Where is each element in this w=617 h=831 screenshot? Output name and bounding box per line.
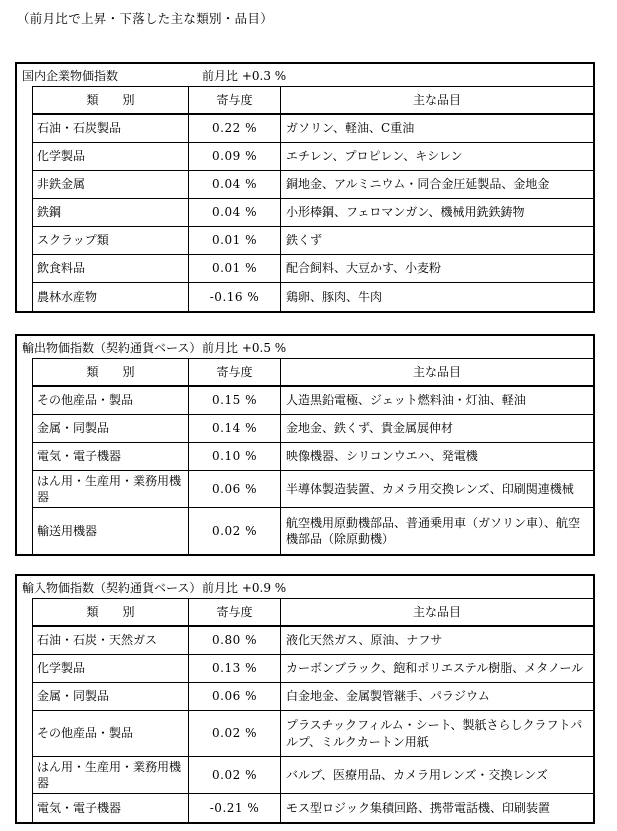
index-name: 国内企業物価指数 bbox=[22, 67, 202, 84]
table-row: 化学製品 0.13 % カーボンブラック、飽和ポリエステル樹脂、メタノール bbox=[33, 655, 593, 683]
contribution-cell: 0.02 % bbox=[189, 508, 281, 554]
category-cell: その他産品・製品 bbox=[33, 387, 189, 414]
table-row: 電気・電子機器 0.10 % 映像機器、シリコンウエハ、発電機 bbox=[33, 443, 593, 471]
table-row: 電気・電子機器 -0.21 % モス型ロジック集積回路、携帯電話機、印刷装置 bbox=[33, 794, 593, 822]
table-title: 輸入物価指数（契約通貨ベース） 前月比 +0.9 % bbox=[17, 576, 593, 598]
column-header-contribution: 寄与度 bbox=[189, 87, 281, 113]
category-cell: 石油・石炭製品 bbox=[33, 115, 189, 142]
price-table-import: 輸入物価指数（契約通貨ベース） 前月比 +0.9 % 類 別 寄与度 主な品目 … bbox=[15, 574, 595, 824]
table-row: 金属・同製品 0.06 % 白金地金、金属製管継手、パラジウム bbox=[33, 683, 593, 711]
contribution-cell: 0.80 % bbox=[189, 627, 281, 654]
contribution-cell: 0.15 % bbox=[189, 387, 281, 414]
header-row: 類 別 寄与度 主な品目 bbox=[33, 87, 593, 115]
inner-table: 類 別 寄与度 主な品目 石油・石炭製品 0.22 % ガソリン、軽油、C重油 … bbox=[32, 86, 593, 311]
column-header-category: 類 別 bbox=[33, 599, 189, 625]
items-cell: モス型ロジック集積回路、携帯電話機、印刷装置 bbox=[281, 794, 593, 822]
items-cell: 航空機用原動機部品、普通乗用車（ガソリン車）、航空機部品（除原動機） bbox=[281, 508, 593, 554]
month-over-month-change: 前月比 +0.3 % bbox=[202, 67, 286, 84]
contribution-cell: 0.10 % bbox=[189, 443, 281, 470]
table-row: はん用・生産用・業務用機器 0.02 % バルブ、医療用品、カメラ用レンズ・交換… bbox=[33, 757, 593, 794]
month-over-month-change: 前月比 +0.5 % bbox=[202, 339, 286, 356]
items-cell: 配合飼料、大豆かす、小麦粉 bbox=[281, 255, 593, 282]
contribution-cell: 0.01 % bbox=[189, 255, 281, 282]
contribution-cell: 0.13 % bbox=[189, 655, 281, 682]
contribution-cell: 0.02 % bbox=[189, 757, 281, 793]
category-cell: 鉄鋼 bbox=[33, 199, 189, 226]
category-cell: 非鉄金属 bbox=[33, 171, 189, 198]
table-row: 農林水産物 -0.16 % 鶏卵、豚肉、牛肉 bbox=[33, 283, 593, 311]
items-cell: 金地金、鉄くず、貴金属展伸材 bbox=[281, 415, 593, 442]
category-cell: 飲食料品 bbox=[33, 255, 189, 282]
header-row: 類 別 寄与度 主な品目 bbox=[33, 359, 593, 387]
column-header-category: 類 別 bbox=[33, 87, 189, 113]
category-cell: 電気・電子機器 bbox=[33, 443, 189, 470]
items-cell: バルブ、医療用品、カメラ用レンズ・交換レンズ bbox=[281, 757, 593, 793]
table-row: はん用・生産用・業務用機器 0.06 % 半導体製造装置、カメラ用交換レンズ、印… bbox=[33, 471, 593, 508]
price-table-export: 輸出物価指数（契約通貨ベース） 前月比 +0.5 % 類 別 寄与度 主な品目 … bbox=[15, 334, 595, 556]
table-row: 化学製品 0.09 % エチレン、プロピレン、キシレン bbox=[33, 143, 593, 171]
category-cell: 化学製品 bbox=[33, 655, 189, 682]
header-row: 類 別 寄与度 主な品目 bbox=[33, 599, 593, 627]
category-cell: はん用・生産用・業務用機器 bbox=[33, 471, 189, 507]
contribution-cell: 0.09 % bbox=[189, 143, 281, 170]
column-header-items: 主な品目 bbox=[281, 359, 593, 385]
contribution-cell: 0.06 % bbox=[189, 683, 281, 710]
table-row: その他産品・製品 0.15 % 人造黒鉛電極、ジェット燃料油・灯油、軽油 bbox=[33, 387, 593, 415]
items-cell: 液化天然ガス、原油、ナフサ bbox=[281, 627, 593, 654]
items-cell: 鶏卵、豚肉、牛肉 bbox=[281, 283, 593, 311]
items-cell: 小形棒鋼、フェロマンガン、機械用銑鉄鋳物 bbox=[281, 199, 593, 226]
items-cell: エチレン、プロピレン、キシレン bbox=[281, 143, 593, 170]
column-header-items: 主な品目 bbox=[281, 87, 593, 113]
items-cell: 鉄くず bbox=[281, 227, 593, 254]
items-cell: プラスチックフィルム・シート、製紙さらしクラフトパルプ、ミルクカートン用紙 bbox=[281, 711, 593, 756]
contribution-cell: 0.02 % bbox=[189, 711, 281, 756]
items-cell: ガソリン、軽油、C重油 bbox=[281, 115, 593, 142]
inner-table: 類 別 寄与度 主な品目 石油・石炭・天然ガス 0.80 % 液化天然ガス、原油… bbox=[32, 598, 593, 822]
table-row: 石油・石炭製品 0.22 % ガソリン、軽油、C重油 bbox=[33, 115, 593, 143]
items-cell: 白金地金、金属製管継手、パラジウム bbox=[281, 683, 593, 710]
inner-table: 類 別 寄与度 主な品目 その他産品・製品 0.15 % 人造黒鉛電極、ジェット… bbox=[32, 358, 593, 554]
table-row: 非鉄金属 0.04 % 銅地金、アルミニウム・同合金圧延製品、金地金 bbox=[33, 171, 593, 199]
category-cell: 金属・同製品 bbox=[33, 415, 189, 442]
page-title: （前月比で上昇・下落した主な類別・品目） bbox=[17, 9, 273, 27]
price-table-domestic: 国内企業物価指数 前月比 +0.3 % 類 別 寄与度 主な品目 石油・石炭製品… bbox=[15, 62, 595, 313]
category-cell: 石油・石炭・天然ガス bbox=[33, 627, 189, 654]
contribution-cell: -0.16 % bbox=[189, 283, 281, 311]
index-name: 輸入物価指数（契約通貨ベース） bbox=[22, 579, 202, 596]
table-title: 輸出物価指数（契約通貨ベース） 前月比 +0.5 % bbox=[17, 336, 593, 358]
category-cell: スクラップ類 bbox=[33, 227, 189, 254]
column-header-contribution: 寄与度 bbox=[189, 599, 281, 625]
month-over-month-change: 前月比 +0.9 % bbox=[202, 579, 286, 596]
category-cell: はん用・生産用・業務用機器 bbox=[33, 757, 189, 793]
category-cell: 電気・電子機器 bbox=[33, 794, 189, 822]
contribution-cell: 0.14 % bbox=[189, 415, 281, 442]
items-cell: 人造黒鉛電極、ジェット燃料油・灯油、軽油 bbox=[281, 387, 593, 414]
contribution-cell: 0.01 % bbox=[189, 227, 281, 254]
table-row: スクラップ類 0.01 % 鉄くず bbox=[33, 227, 593, 255]
table-title: 国内企業物価指数 前月比 +0.3 % bbox=[17, 64, 593, 86]
category-cell: 化学製品 bbox=[33, 143, 189, 170]
items-cell: 半導体製造装置、カメラ用交換レンズ、印刷関連機械 bbox=[281, 471, 593, 507]
items-cell: 映像機器、シリコンウエハ、発電機 bbox=[281, 443, 593, 470]
contribution-cell: 0.06 % bbox=[189, 471, 281, 507]
column-header-items: 主な品目 bbox=[281, 599, 593, 625]
document-page: （前月比で上昇・下落した主な類別・品目） 国内企業物価指数 前月比 +0.3 %… bbox=[0, 0, 617, 831]
index-name: 輸出物価指数（契約通貨ベース） bbox=[22, 339, 202, 356]
items-cell: カーボンブラック、飽和ポリエステル樹脂、メタノール bbox=[281, 655, 593, 682]
table-row: その他産品・製品 0.02 % プラスチックフィルム・シート、製紙さらしクラフト… bbox=[33, 711, 593, 757]
table-row: 鉄鋼 0.04 % 小形棒鋼、フェロマンガン、機械用銑鉄鋳物 bbox=[33, 199, 593, 227]
contribution-cell: 0.04 % bbox=[189, 171, 281, 198]
table-row: 飲食料品 0.01 % 配合飼料、大豆かす、小麦粉 bbox=[33, 255, 593, 283]
category-cell: 輸送用機器 bbox=[33, 508, 189, 554]
table-row: 輸送用機器 0.02 % 航空機用原動機部品、普通乗用車（ガソリン車）、航空機部… bbox=[33, 508, 593, 554]
items-cell: 銅地金、アルミニウム・同合金圧延製品、金地金 bbox=[281, 171, 593, 198]
column-header-contribution: 寄与度 bbox=[189, 359, 281, 385]
column-header-category: 類 別 bbox=[33, 359, 189, 385]
category-cell: 農林水産物 bbox=[33, 283, 189, 311]
category-cell: 金属・同製品 bbox=[33, 683, 189, 710]
table-row: 石油・石炭・天然ガス 0.80 % 液化天然ガス、原油、ナフサ bbox=[33, 627, 593, 655]
contribution-cell: 0.22 % bbox=[189, 115, 281, 142]
contribution-cell: 0.04 % bbox=[189, 199, 281, 226]
table-row: 金属・同製品 0.14 % 金地金、鉄くず、貴金属展伸材 bbox=[33, 415, 593, 443]
category-cell: その他産品・製品 bbox=[33, 711, 189, 756]
contribution-cell: -0.21 % bbox=[189, 794, 281, 822]
